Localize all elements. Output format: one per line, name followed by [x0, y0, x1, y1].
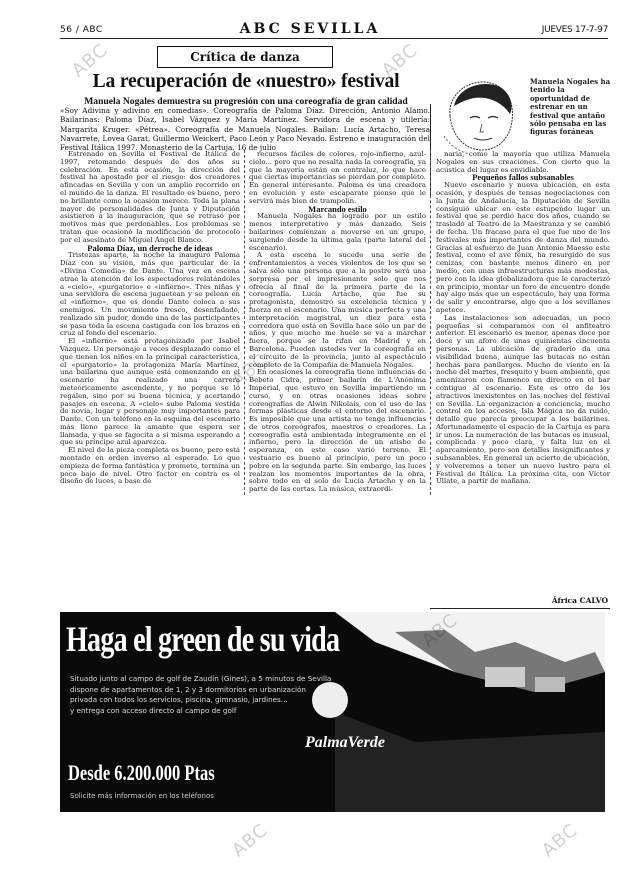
- ad-body-line: Situado junto al campo de golf de Zaudín…: [70, 674, 350, 685]
- portrait-illustration: [440, 76, 522, 154]
- article-headline: La recuperación de «nuestro» festival: [64, 70, 429, 93]
- paragraph: naria, como la mayoría que utiliza Manue…: [436, 151, 610, 174]
- author-signature: África CALVO: [552, 596, 608, 605]
- ad-body-line: privada con todos los servicios, piscina…: [70, 695, 350, 706]
- paragraph: Estrenado en Sevilla el Festival de Itál…: [60, 151, 240, 245]
- paragraph: Nuevo escenario y nueva ubicación, en es…: [436, 182, 610, 315]
- ad-body: Situado junto al campo de golf de Zaudín…: [70, 674, 350, 716]
- paragraph: El nivel de la pieza completa es bueno, …: [60, 447, 240, 486]
- paragraph: Manuela Nogales ha logrado por un estilo…: [249, 213, 426, 252]
- issue-date: JUEVES 17-7-97: [542, 25, 608, 35]
- section-label: Crítica de danza: [157, 46, 333, 68]
- golf-ball-icon: [312, 682, 348, 718]
- ad-body-line: dispone de apartamentos de 1, 2 y 3 dorm…: [70, 685, 350, 696]
- paragraph: Las instalaciones son adecuadas, un poco…: [436, 315, 610, 487]
- performance-credits: «Soy Adivina y adivino en comedias». Cor…: [60, 106, 430, 152]
- advertisement[interactable]: Haga el green de su vida Situado junto a…: [60, 612, 605, 812]
- ad-price: Desde 6.200.000 Ptas: [68, 760, 215, 786]
- paragraph: En ocasiones la coreografía tiene influe…: [249, 369, 426, 494]
- paragraph: A esta escena le sucede una serie de enf…: [249, 252, 426, 369]
- article-column-2: recursos fáciles de colores, rojo-infier…: [249, 151, 426, 494]
- signature-rule: [430, 608, 610, 609]
- watermark: ABC: [228, 820, 272, 862]
- header-rule: [60, 38, 608, 39]
- paragraph: recursos fáciles de colores, rojo-infier…: [249, 151, 426, 206]
- watermark: ABC: [538, 820, 582, 862]
- ad-landscape-photo: [335, 612, 605, 812]
- column-rule: [244, 150, 245, 495]
- column-rule: [430, 150, 431, 495]
- photo-caption: Manuela Nogales ha tenido la oportunidad…: [530, 78, 615, 137]
- paragraph: Tristezas aparte, la noche la inauguró P…: [60, 252, 240, 338]
- paragraph: El «infierno» está protagonizado por Isa…: [60, 338, 240, 447]
- article-column-1: Estrenado en Sevilla el Festival de Itál…: [60, 151, 240, 486]
- ad-body-line: y entrega con acceso directo al campo de…: [70, 706, 350, 717]
- ad-footer: Solicite más información en los teléfono…: [70, 792, 214, 800]
- ad-brand-logo: PalmaVerde: [305, 734, 385, 752]
- article-column-3: naria, como la mayoría que utiliza Manue…: [436, 151, 610, 486]
- masthead: ABC SEVILLA: [0, 21, 620, 37]
